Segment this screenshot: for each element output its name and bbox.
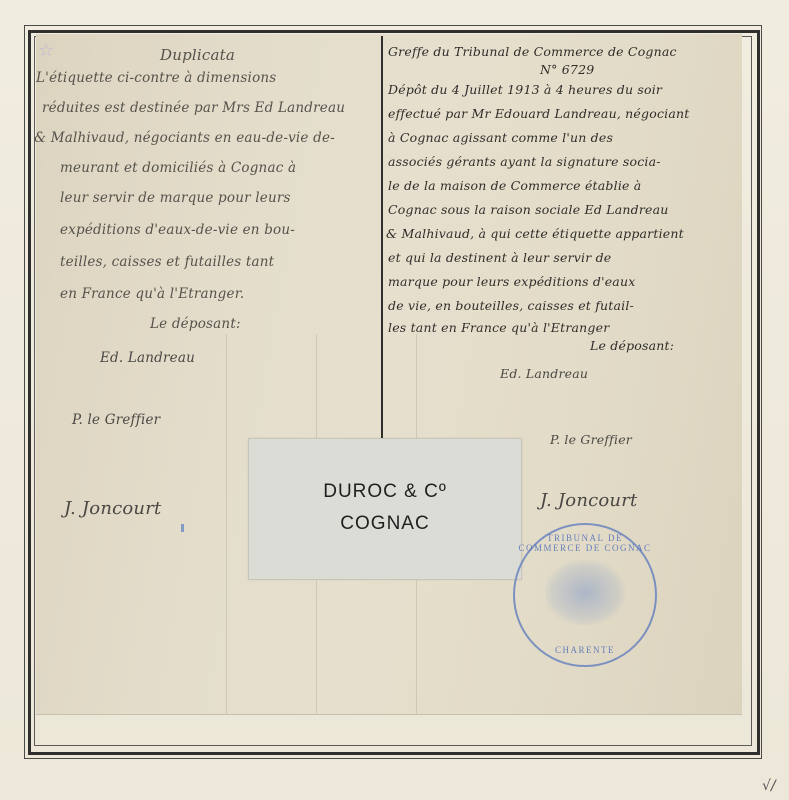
right-text-line: de vie, en bouteilles, caisses et futail… <box>388 298 634 313</box>
greffier-label-left: P. le Greffier <box>72 412 160 428</box>
right-text-line: et qui la destinent à leur servir de <box>388 250 611 265</box>
column-divider <box>381 36 383 448</box>
stamp-bottom-text: CHARENTE <box>515 645 655 655</box>
stamp-top-text: TRIBUNAL DE COMMERCE DE COGNAC <box>515 533 655 553</box>
left-text-line: meurant et domiciliés à Cognac à <box>60 160 296 176</box>
left-text-line: & Malhivaud, négociants en eau-de-vie de… <box>34 130 335 146</box>
deposit-number: N° 6729 <box>540 62 594 77</box>
paper-crease <box>226 334 227 714</box>
signature-greffier-right: J. Joncourt <box>540 490 637 511</box>
right-text-line: associés gérants ayant la signature soci… <box>388 154 661 169</box>
right-text-line: à Cognac agissant comme l'un des <box>388 130 613 145</box>
left-text-line: expéditions d'eaux-de-vie en bou- <box>60 222 295 238</box>
right-text-line: Greffe du Tribunal de Commerce de Cognac <box>388 44 677 59</box>
right-text-line: Cognac sous la raison sociale Ed Landrea… <box>388 202 669 217</box>
left-text-line: en France qu'à l'Etranger. <box>60 286 244 302</box>
right-text-line: & Malhivaud, à qui cette étiquette appar… <box>386 226 684 241</box>
right-text-line: le de la maison de Commerce établie à <box>388 178 641 193</box>
duplicata-title: Duplicata <box>160 46 235 64</box>
right-text-line: Dépôt du 4 Juillet 1913 à 4 heures du so… <box>388 82 662 97</box>
star-stamp-icon: ☆ <box>38 40 54 61</box>
tribunal-seal-stamp: TRIBUNAL DE COMMERCE DE COGNAC CHARENTE <box>513 523 657 667</box>
greffier-label-right: P. le Greffier <box>550 432 632 447</box>
pencil-check-mark: √/ <box>762 778 776 794</box>
left-text-line: L'étiquette ci-contre à dimensions <box>36 70 276 86</box>
right-text-line: Le déposant: <box>590 338 674 353</box>
signature-depositor-left: Ed. Landreau <box>100 350 195 366</box>
left-text-line: réduites est destinée par Mrs Ed Landrea… <box>42 100 345 116</box>
signature-depositor-right: Ed. Landreau <box>500 366 588 381</box>
seal-emblem-icon <box>545 560 625 625</box>
label-brand-name: DUROC & Cº <box>249 481 521 503</box>
duroc-cognac-label: DUROC & Cº COGNAC <box>248 438 522 580</box>
ink-mark <box>181 524 184 532</box>
left-text-line: leur servir de marque pour leurs <box>60 190 291 206</box>
right-text-line: effectué par Mr Edouard Landreau, négoci… <box>388 106 689 121</box>
right-text-line: les tant en France qu'à l'Etranger <box>388 320 609 335</box>
left-text-line: teilles, caisses et futailles tant <box>60 254 274 270</box>
label-place-name: COGNAC <box>249 513 521 535</box>
right-text-line: marque pour leurs expéditions d'eaux <box>388 274 635 289</box>
left-text-line: Le déposant: <box>150 316 241 332</box>
signature-greffier-left: J. Joncourt <box>64 498 161 519</box>
